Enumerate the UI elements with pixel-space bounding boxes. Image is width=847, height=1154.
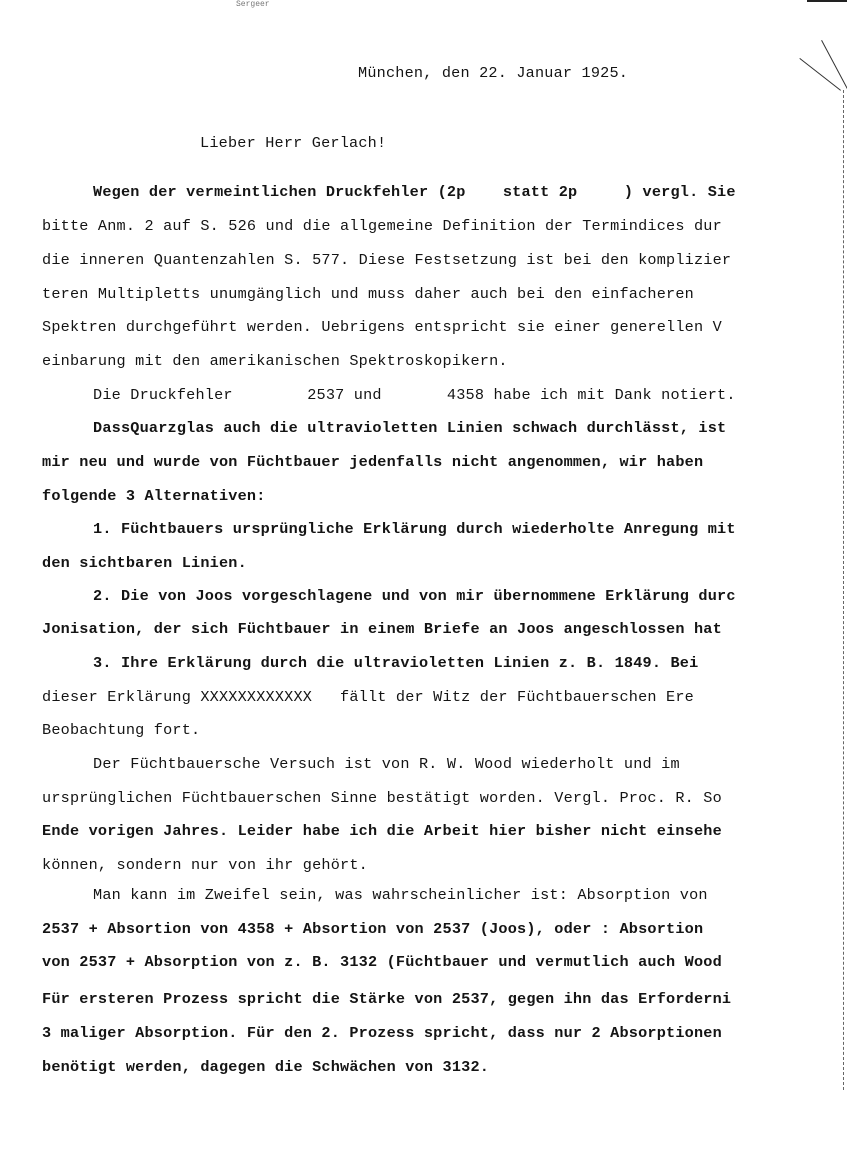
body-line: ursprünglichen Füchtbauerschen Sinne bes… [42,789,722,807]
body-line: Ende vorigen Jahres. Leider habe ich die… [42,822,722,840]
salutation: Lieber Herr Gerlach! [200,134,386,152]
body-line: benötigt werden, dagegen die Schwächen v… [42,1058,489,1076]
body-line: die inneren Quantenzahlen S. 577. Diese … [42,251,731,269]
scan-edge-mark [807,0,847,2]
date-line: München, den 22. Januar 1925. [358,64,628,82]
body-line: Für ersteren Prozess spricht die Stärke … [42,990,731,1008]
body-line: können, sondern nur von ihr gehört. [42,856,368,874]
archive-stamp: Sergeer [236,0,270,9]
body-line: Wegen der vermeintlichen Druckfehler (2p… [93,183,736,201]
body-line: 2537 + Absortion von 4358 + Absortion vo… [42,920,703,938]
list-item-2-cont: Jonisation, der sich Füchtbauer in einem… [42,620,722,638]
body-line: mir neu und wurde von Füchtbauer jedenfa… [42,453,703,471]
body-line: einbarung mit den amerikanischen Spektro… [42,352,508,370]
body-line: Die Druckfehler 2537 und 4358 habe ich m… [93,386,736,404]
body-line: Spektren durchgeführt werden. Uebrigens … [42,318,722,336]
body-line: Der Füchtbauersche Versuch ist von R. W.… [93,755,680,773]
list-item-2: 2. Die von Joos vorgeschlagene und von m… [93,587,736,605]
body-line: Man kann im Zweifel sein, was wahrschein… [93,886,708,904]
fold-mark [799,58,841,91]
letter-page: Sergeer München, den 22. Januar 1925. Li… [0,0,847,1154]
list-item-3: 3. Ihre Erklärung durch die ultraviolett… [93,654,698,672]
body-line: teren Multipletts unumgänglich und muss … [42,285,694,303]
list-item-3-cont: dieser Erklärung XXXXXXXXXXXX fällt der … [42,688,694,706]
body-line: bitte Anm. 2 auf S. 526 und die allgemei… [42,217,722,235]
list-item-1-cont: den sichtbaren Linien. [42,554,247,572]
body-line: folgende 3 Alternativen: [42,487,266,505]
body-line: 3 maliger Absorption. Für den 2. Prozess… [42,1024,722,1042]
body-line: von 2537 + Absorption von z. B. 3132 (Fü… [42,953,722,971]
list-item-3-end: Beobachtung fort. [42,721,200,739]
page-edge [843,90,845,1090]
list-item-1: 1. Füchtbauers ursprüngliche Erklärung d… [93,520,736,538]
body-line: DassQuarzglas auch die ultravioletten Li… [93,419,726,437]
